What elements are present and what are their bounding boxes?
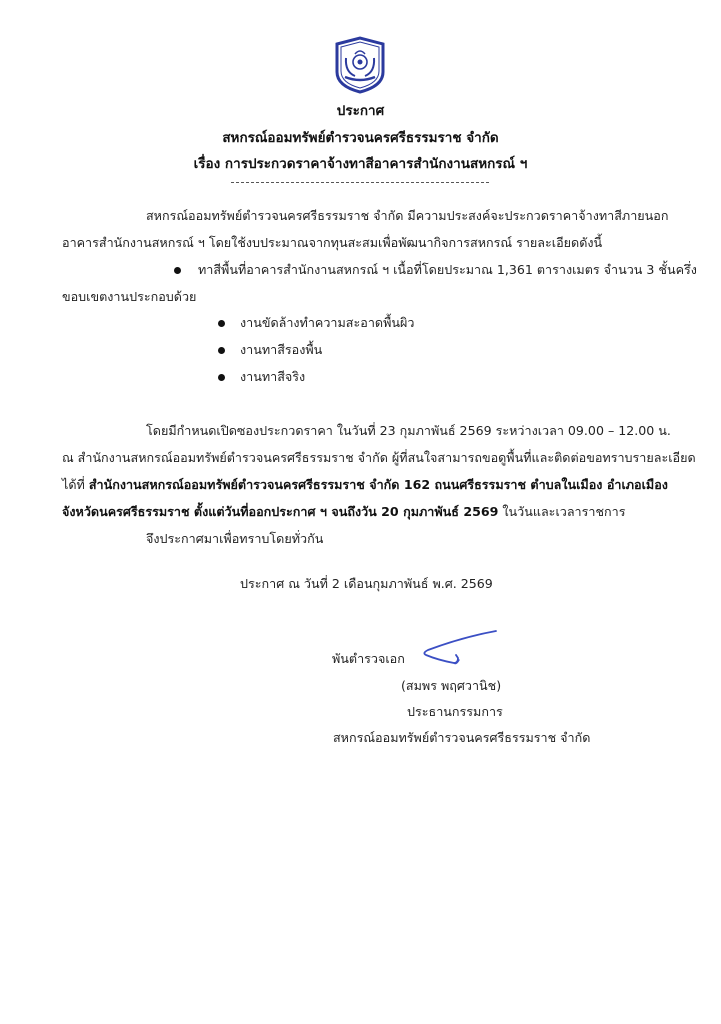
bullet-icon xyxy=(218,347,225,354)
bullet-icon xyxy=(218,320,225,327)
deadline-text: จังหวัดนครศรีธรรมราช ตั้งแต่วันที่ออกประ… xyxy=(62,504,498,519)
organization-title: สหกรณ์ออมทรัพย์ตำรวจนครศรีธรรมราช จำกัด xyxy=(0,126,721,148)
signature-icon xyxy=(418,625,508,670)
cooperative-emblem-icon xyxy=(333,36,387,94)
scope-item: งานขัดล้างทำความสะอาดพื้นผิว xyxy=(240,313,414,333)
signer-organization: สหกรณ์ออมทรัพย์ตำรวจนครศรีธรรมราช จำกัด xyxy=(333,728,590,748)
signer-position: ประธานกรรมการ xyxy=(407,702,503,722)
signer-name: (สมพร พฤศวานิช) xyxy=(401,676,501,696)
schedule-line-3: ได้ที่ สำนักงานสหกรณ์ออมทรัพย์ตำรวจนครศร… xyxy=(62,475,668,495)
schedule-line-2: ณ สำนักงานสหกรณ์ออมทรัพย์ตำรวจนครศรีธรรม… xyxy=(62,448,696,468)
scope-item: งานทาสีจริง xyxy=(240,367,305,387)
bullet-icon xyxy=(218,374,225,381)
dashed-divider xyxy=(231,182,489,183)
schedule-line-4: จังหวัดนครศรีธรรมราช ตั้งแต่วันที่ออกประ… xyxy=(62,502,625,522)
scope-item: งานทาสีรองพื้น xyxy=(240,340,322,360)
bullet-icon xyxy=(174,267,181,274)
schedule-line-4-suffix: ในวันและเวลาราชการ xyxy=(498,504,625,519)
schedule-line-3-prefix: ได้ที่ xyxy=(62,477,89,492)
signer-rank: พันตำรวจเอก xyxy=(332,649,405,669)
closing-text: จึงประกาศมาเพื่อทราบโดยทั่วกัน xyxy=(146,529,323,549)
main-item-line-1: ทาสีพื้นที่อาคารสำนักงานสหกรณ์ ฯ เนื้อที… xyxy=(198,260,697,280)
announcement-page: ประกาศ สหกรณ์ออมทรัพย์ตำรวจนครศรีธรรมราช… xyxy=(0,0,721,1024)
main-item-line-2: ขอบเขตงานประกอบด้วย xyxy=(62,287,196,307)
intro-line-1: สหกรณ์ออมทรัพย์ตำรวจนครศรีธรรมราช จำกัด … xyxy=(146,206,668,226)
announce-date: ประกาศ ณ วันที่ 2 เดือนกุมภาพันธ์ พ.ศ. 2… xyxy=(240,574,493,594)
schedule-line-1: โดยมีกำหนดเปิดซองประกวดราคา ในวันที่ 23 … xyxy=(146,421,671,441)
office-address: สำนักงานสหกรณ์ออมทรัพย์ตำรวจนครศรีธรรมรา… xyxy=(89,477,668,492)
subject-title: เรื่อง การประกวดราคาจ้างทาสีอาคารสำนักงา… xyxy=(0,152,721,174)
intro-line-2: อาคารสำนักงานสหกรณ์ ฯ โดยใช้งบประมาณจากท… xyxy=(62,233,602,253)
announcement-heading: ประกาศ xyxy=(0,99,721,121)
